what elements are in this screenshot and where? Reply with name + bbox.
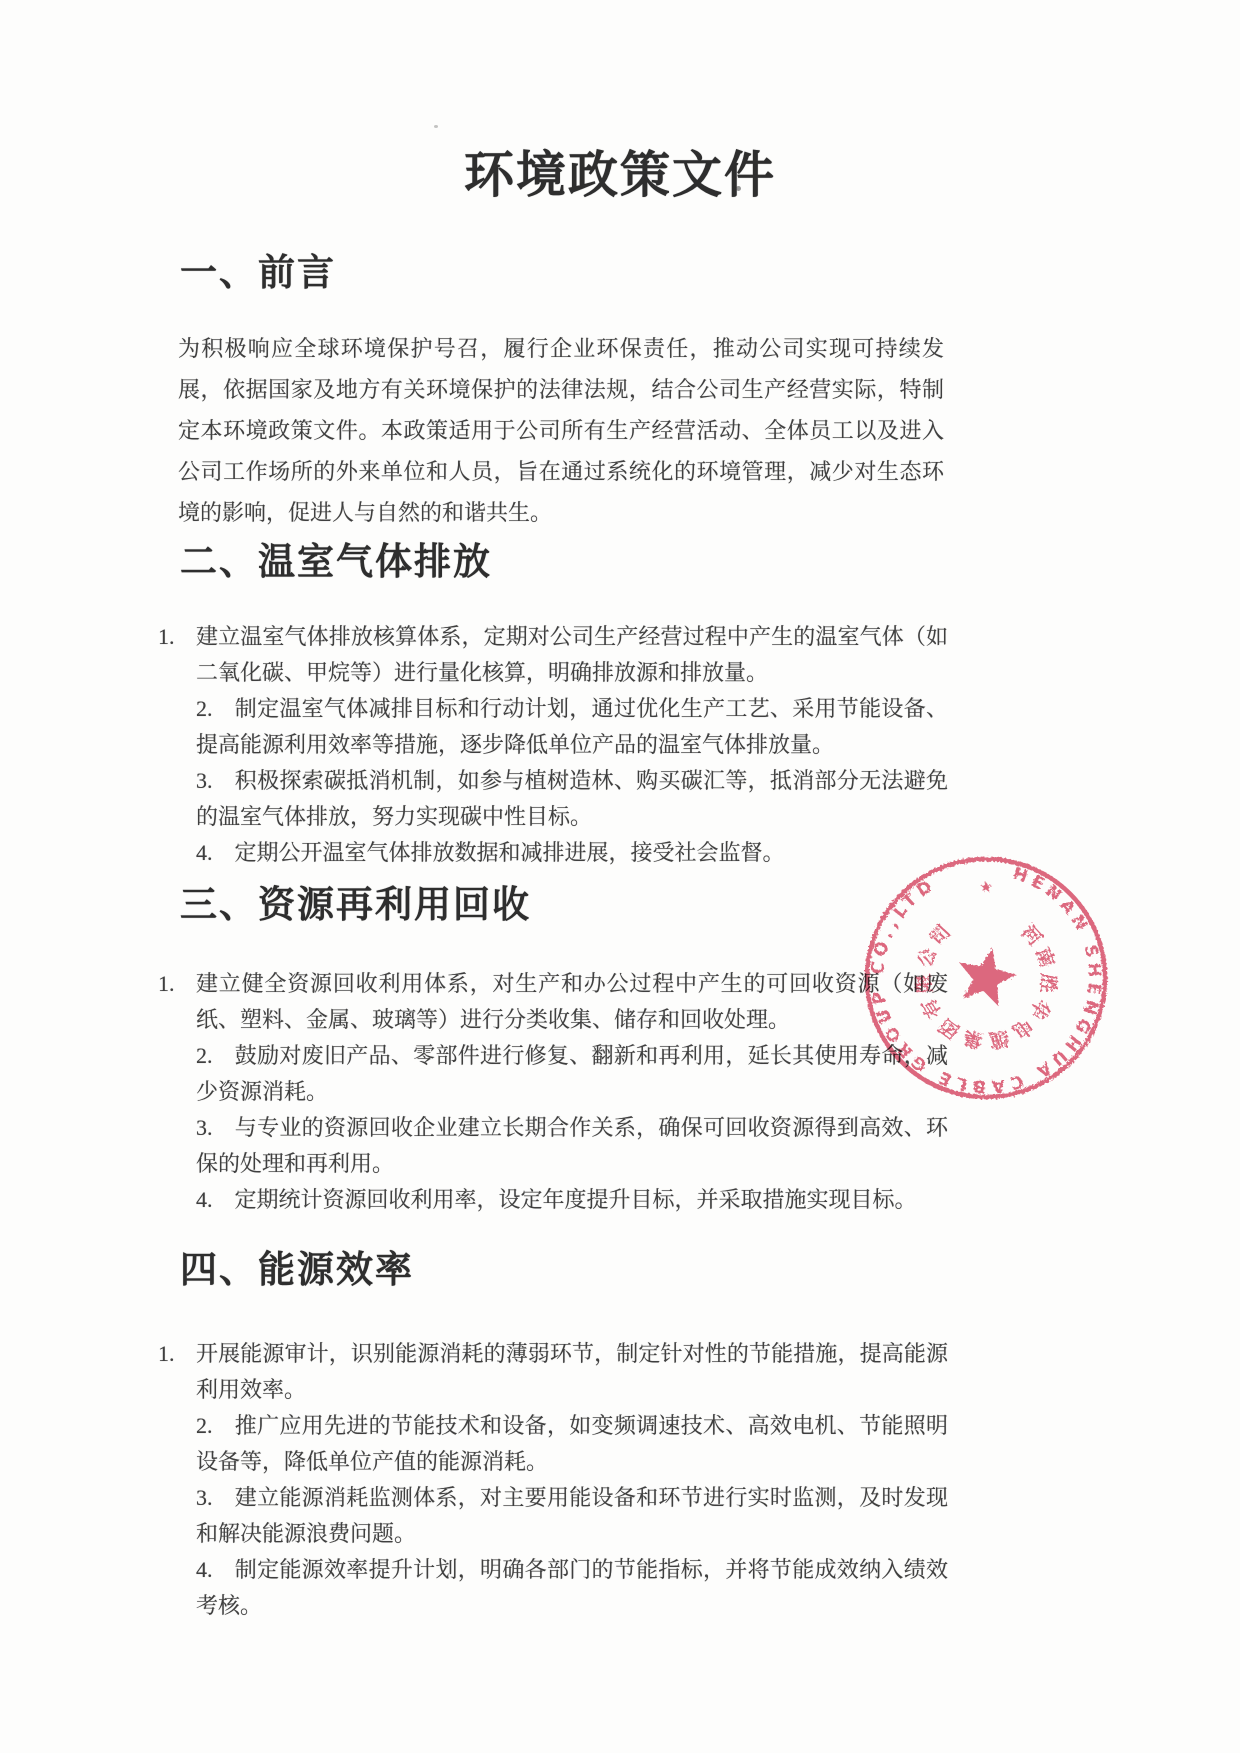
item-number: 2. — [196, 1413, 213, 1438]
list-item: 3.积极探索碳抵消机制，如参与植树造林、购买碳汇等，抵消部分无法避免的温室气体排… — [196, 763, 948, 835]
list-item: 4.定期统计资源回收利用率，设定年度提升目标，并采取措施实现目标。 — [196, 1182, 948, 1218]
list-item: 3.与专业的资源回收企业建立长期合作关系，确保可回收资源得到高效、环保的处理和再… — [196, 1110, 948, 1182]
item-text: 建立健全资源回收利用体系，对生产和办公过程中产生的可回收资源（如废纸、塑料、金属… — [196, 971, 948, 1032]
section-heading-energy: 四、能源效率 — [180, 1249, 414, 1293]
item-text: 鼓励对废旧产品、零部件进行修复、翻新和再利用，延长其使用寿命，减少资源消耗。 — [196, 1043, 948, 1104]
item-number: 1. — [158, 966, 175, 1002]
document-page: 环境政策文件 一、前言 为积极响应全球环境保护号召，履行企业环保责任，推动公司实… — [0, 0, 1240, 1753]
recycling-list: 1.建立健全资源回收利用体系，对生产和办公过程中产生的可回收资源（如废纸、塑料、… — [196, 966, 948, 1218]
item-text: 开展能源审计，识别能源消耗的薄弱环节，制定针对性的节能措施，提高能源利用效率。 — [196, 1341, 948, 1402]
stamp-cn-char: 南 — [1031, 945, 1058, 970]
scan-speck — [736, 186, 741, 191]
stamp-cn-char: 司 — [926, 921, 955, 950]
list-item: 1.建立温室气体排放核算体系，定期对公司生产经营过程中产生的温室气体（如二氧化碳… — [196, 619, 948, 691]
list-item: 1.建立健全资源回收利用体系，对生产和办公过程中产生的可回收资源（如废纸、塑料、… — [196, 966, 948, 1038]
item-number: 3. — [196, 1485, 213, 1510]
section-heading-greenhouse-gas: 二、温室气体排放 — [180, 541, 492, 585]
stamp-center-star-icon — [952, 942, 1021, 1009]
stamp-cn-char: 电 — [1008, 1014, 1037, 1044]
item-number: 3. — [196, 1115, 213, 1140]
item-number: 2. — [196, 1043, 213, 1068]
item-text: 制定能源效率提升计划，明确各部门的节能指标，并将节能成效纳入绩效考核。 — [196, 1557, 948, 1618]
list-item: 4.定期公开温室气体排放数据和减排进展，接受社会监督。 — [196, 835, 948, 871]
item-number: 4. — [196, 1557, 213, 1582]
item-number: 1. — [158, 619, 175, 655]
stamp-cn-char: 河 — [1017, 921, 1046, 950]
stamp-cn-char: 华 — [1025, 995, 1054, 1023]
item-number: 4. — [196, 840, 213, 865]
section-heading-preface: 一、前言 — [180, 252, 336, 296]
preface-paragraph: 为积极响应全球环境保护号召，履行企业环保责任，推动公司实现可持续发展，依据国家及… — [178, 328, 944, 533]
list-item: 2.推广应用先进的节能技术和设备，如变频调速技术、高效电机、节能照明设备等，降低… — [196, 1408, 948, 1480]
stamp-cn-char: 集 — [961, 1026, 984, 1052]
item-text: 建立能源消耗监测体系，对主要用能设备和环节进行实时监测，及时发现和解决能源浪费问… — [196, 1485, 948, 1546]
item-number: 4. — [196, 1187, 213, 1212]
list-item: 2.制定温室气体减排目标和行动计划，通过优化生产工艺、采用节能设备、提高能源利用… — [196, 691, 948, 763]
item-text: 建立温室气体排放核算体系，定期对公司生产经营过程中产生的温室气体（如二氧化碳、甲… — [196, 624, 948, 685]
stamp-cn-char: 胜 — [1036, 973, 1061, 994]
item-text: 定期公开温室气体排放数据和减排进展，接受社会监督。 — [235, 840, 785, 865]
document-title: 环境政策文件 — [0, 146, 1240, 204]
item-text: 制定温室气体减排目标和行动计划，通过优化生产工艺、采用节能设备、提高能源利用效率… — [196, 696, 948, 757]
greenhouse-gas-list: 1.建立温室气体排放核算体系，定期对公司生产经营过程中产生的温室气体（如二氧化碳… — [196, 619, 948, 871]
list-item: 3.建立能源消耗监测体系，对主要用能设备和环节进行实时监测，及时发现和解决能源浪… — [196, 1480, 948, 1552]
scan-speck — [434, 125, 438, 128]
list-item: 2.鼓励对废旧产品、零部件进行修复、翻新和再利用，延长其使用寿命，减少资源消耗。 — [196, 1038, 948, 1110]
stamp-top-star-icon: ★ — [979, 880, 992, 896]
list-item: 1.开展能源审计，识别能源消耗的薄弱环节，制定针对性的节能措施，提高能源利用效率… — [196, 1336, 948, 1408]
item-text: 定期统计资源回收利用率，设定年度提升目标，并采取措施实现目标。 — [235, 1187, 917, 1212]
section-heading-recycling: 三、资源再利用回收 — [180, 884, 531, 928]
stamp-cn-char: 缆 — [987, 1026, 1010, 1052]
item-text: 与专业的资源回收企业建立长期合作关系，确保可回收资源得到高效、环保的处理和再利用… — [196, 1115, 948, 1176]
item-text: 推广应用先进的节能技术和设备，如变频调速技术、高效电机、节能照明设备等，降低单位… — [196, 1413, 948, 1474]
item-number: 1. — [158, 1336, 175, 1372]
energy-list: 1.开展能源审计，识别能源消耗的薄弱环节，制定针对性的节能措施，提高能源利用效率… — [196, 1336, 948, 1624]
list-item: 4.制定能源效率提升计划，明确各部门的节能指标，并将节能成效纳入绩效考核。 — [196, 1552, 948, 1624]
item-text: 积极探索碳抵消机制，如参与植树造林、购买碳汇等，抵消部分无法避免的温室气体排放，… — [196, 768, 948, 829]
item-number: 3. — [196, 768, 213, 793]
item-number: 2. — [196, 696, 213, 721]
